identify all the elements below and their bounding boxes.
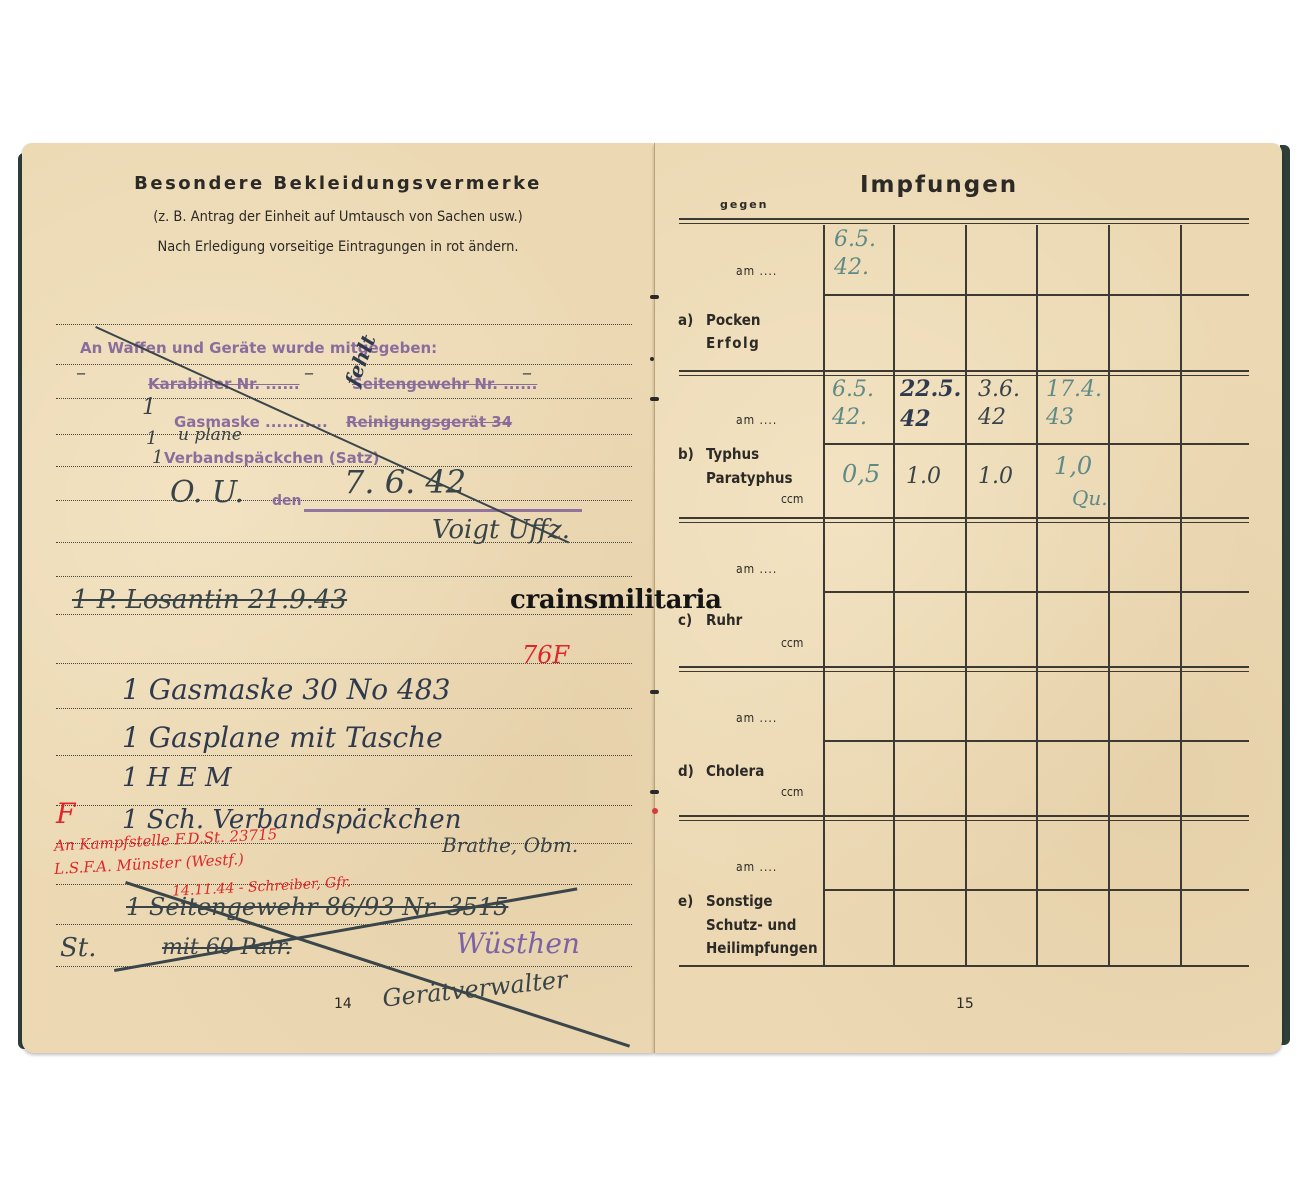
handwritten-place: O. U. <box>170 475 244 510</box>
cell-divider <box>825 443 1249 445</box>
vaccination-date-typhus-2: 22.5. 42 <box>900 374 961 434</box>
vaccine-name-heilimpfungen: Heilimpfungen <box>706 939 818 957</box>
section-label: b) <box>678 445 694 463</box>
ruled-line <box>56 434 632 435</box>
handwritten-qty: 1 <box>142 395 156 420</box>
handwritten-dash: – <box>304 360 314 384</box>
vaccination-dose-typhus-1: 0,5 <box>842 460 880 488</box>
table-col-divider <box>1036 225 1038 965</box>
table-rule <box>679 223 1249 224</box>
unit-ccm: ccm <box>781 492 803 506</box>
table-col-divider <box>1108 225 1110 965</box>
vaccine-name-paratyphus: Paratyphus <box>706 469 793 487</box>
ruled-line <box>56 755 632 756</box>
vaccination-date-typhus-3: 3.6. 42 <box>978 376 1020 432</box>
page-number-right: 15 <box>956 996 974 1012</box>
subtitle-line-2: Nach Erledigung vorseitige Eintragungen … <box>22 239 654 255</box>
ruled-line <box>56 708 632 709</box>
vaccine-name-erfolg: Erfolg <box>706 334 760 352</box>
handwritten-dash: – <box>522 360 532 384</box>
unit-ccm: ccm <box>781 636 803 650</box>
vaccination-dose-typhus-3: 1.0 <box>978 464 1013 489</box>
table-rule <box>679 517 1249 519</box>
page-title-impfungen: Impfungen <box>860 172 1018 198</box>
handwritten-entry-losantin: 1 P. Losantin 21.9.43 <box>72 585 347 615</box>
handwritten-dash: – <box>76 360 86 384</box>
section-label: d) <box>678 762 694 780</box>
table-rule <box>679 815 1249 817</box>
table-rule <box>679 820 1249 821</box>
handwritten-entry-seitengewehr: 1 Seitengewehr 86/93 Nr. 3515 <box>126 893 508 921</box>
vaccine-name-pocken: Pocken <box>706 311 761 329</box>
handwritten-signature: Voigt Uffz. <box>432 515 570 545</box>
page-number-left: 14 <box>334 996 352 1012</box>
handwritten-red-mark: F <box>56 797 75 830</box>
handwritten-plane: u plane <box>178 425 242 445</box>
ruled-line <box>56 924 632 925</box>
table-rule <box>679 522 1249 523</box>
handwritten-item-hem: 1 H E M <box>122 763 232 793</box>
vaccination-date-typhus-4: 17.4. 43 <box>1046 376 1102 432</box>
cell-divider <box>825 740 1249 742</box>
vaccination-dose-typhus-4: 1,0 <box>1054 452 1092 480</box>
column-header-gegen: gegen <box>720 198 769 211</box>
stamp-den-label: den <box>272 493 301 509</box>
table-rule <box>679 666 1249 668</box>
page-title-bekleidung: Besondere Bekleidungsvermerke <box>22 173 654 194</box>
handwritten-entry-prefix: St. <box>60 933 97 963</box>
table-rule <box>679 218 1249 220</box>
label-am: am .... <box>736 264 777 278</box>
table-col-divider <box>893 225 895 965</box>
stamp-reinigungsgeraet: Reinigungsgerät 34 <box>346 413 512 431</box>
table-rule <box>679 671 1249 672</box>
stamp-heading: An Waffen und Geräte wurde mitgegeben: <box>80 339 437 357</box>
table-col-divider <box>823 225 825 965</box>
table-rule <box>679 965 1249 967</box>
ruled-line <box>56 576 632 577</box>
handwritten-qty: 1 <box>152 447 163 468</box>
handwritten-red-number: 76F <box>522 641 569 669</box>
handwritten-signature: Brathe, Obm. <box>442 833 578 857</box>
cell-divider <box>825 591 1249 593</box>
handwritten-qty: 1 <box>146 428 157 449</box>
vaccine-name-typhus: Typhus <box>706 445 759 463</box>
vaccine-name-cholera: Cholera <box>706 762 764 780</box>
vaccination-dose-typhus-2: 1.0 <box>906 464 941 489</box>
ruled-line <box>56 324 632 325</box>
label-am: am .... <box>736 562 777 576</box>
subtitle-line-1: (z. B. Antrag der Einheit auf Umtausch v… <box>22 209 654 225</box>
stamp-seitengewehr: Seitengewehr Nr. ...... <box>352 375 537 393</box>
label-am: am .... <box>736 413 777 427</box>
handwritten-signature: Wüsthen <box>456 927 580 960</box>
vaccine-name-schutz: Schutz- und <box>706 916 796 934</box>
table-col-divider <box>965 225 967 965</box>
handwritten-item-gasmaske: 1 Gasmaske 30 No 483 <box>122 673 450 706</box>
vaccine-name-sonstige: Sonstige <box>706 892 773 910</box>
cell-divider <box>825 889 1249 891</box>
table-col-divider <box>1180 225 1182 965</box>
handwritten-red-note: L.S.F.A. Münster (Westf.) <box>54 850 245 878</box>
table-rule <box>679 375 1249 376</box>
vaccination-date-pocken-1: 6.5. 42. <box>834 226 876 282</box>
vaccination-date-typhus-1: 6.5. 42. <box>832 376 874 432</box>
handwritten-item-gasplane: 1 Gasplane mit Tasche <box>122 721 443 754</box>
vaccination-paraph: Qu. <box>1072 486 1108 510</box>
watermark: crainsmilitaria <box>510 585 722 615</box>
section-label: e) <box>678 892 693 910</box>
stamp-date-underline <box>304 509 582 512</box>
cell-divider <box>825 294 1249 296</box>
unit-ccm: ccm <box>781 785 803 799</box>
section-label: a) <box>678 311 693 329</box>
label-am: am .... <box>736 860 777 874</box>
table-rule <box>679 370 1249 372</box>
ruled-line <box>56 364 632 365</box>
label-am: am .... <box>736 711 777 725</box>
